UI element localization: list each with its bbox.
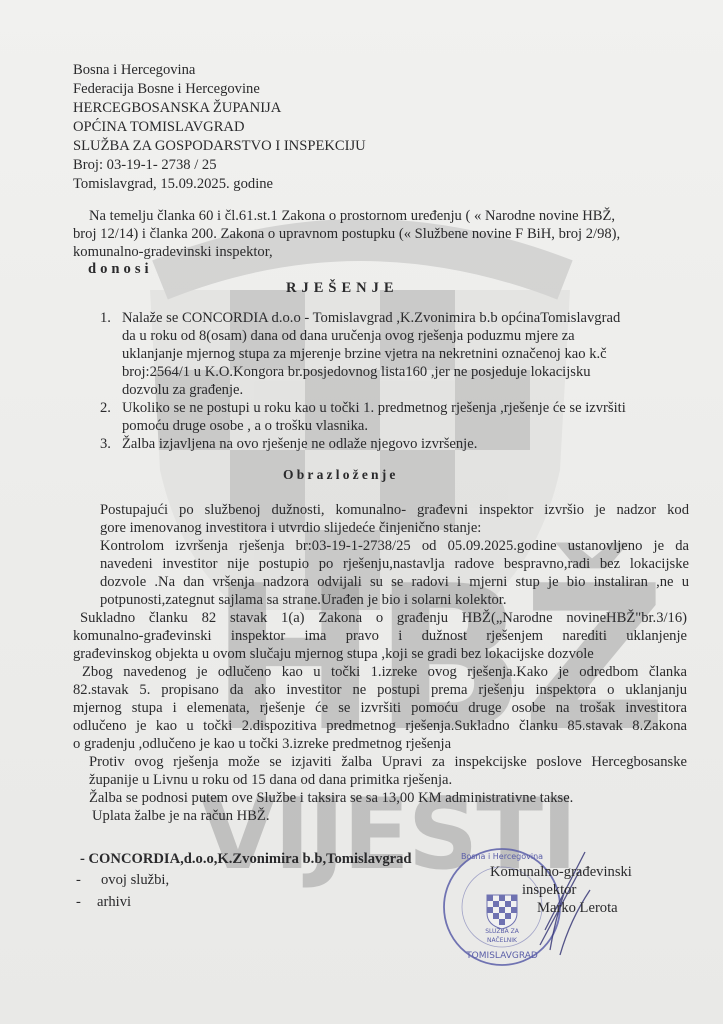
- item-2-line: Ukoliko se ne postupi u roku kao u točki…: [122, 399, 626, 417]
- place-date: Tomislavgrad, 15.09.2025. godine: [73, 175, 273, 193]
- item-1-line: da u roku od 8(osam) dana od dana uručen…: [122, 327, 575, 345]
- reasoning-line: navedeni investitor nije postupio po rje…: [100, 555, 689, 573]
- decision-verb: donosi: [88, 260, 153, 278]
- case-number: Broj: 03-19-1- 2738 / 25: [73, 156, 217, 174]
- item-1-line: dozvolu za građenje.: [122, 381, 243, 399]
- reasoning-line: Sukladno članku 82 stavak 1(a) Zakona o …: [80, 609, 687, 627]
- reasoning-line: županije u Livnu u roku od 15 dana od da…: [89, 771, 452, 789]
- reasoning-line: gore imenovanog investitora i utvrdio sl…: [100, 519, 481, 537]
- reasoning-line: Postupajući po službenoj dužnosti, komun…: [100, 501, 689, 519]
- item-2-line: pomoću druge osobe , a o trošku vlasnika…: [122, 417, 368, 435]
- item-number: 2.: [100, 399, 111, 417]
- decision-title: RJEŠENJE: [286, 279, 399, 297]
- reasoning-line: Protiv ovog rješenja može se izjaviti ža…: [89, 753, 687, 771]
- canton-line: HERCEGBOSANSKA ŽUPANIJA: [73, 99, 281, 117]
- signatory-title: Komunalno-građevinski: [490, 863, 632, 881]
- stamp-inner-text: SLUŽBA ZA: [485, 927, 519, 935]
- municipality-line: OPĆINA TOMISLAVGRAD: [73, 118, 245, 136]
- reasoning-line: Žalba se podnosi putem ove Službe i taks…: [89, 789, 573, 807]
- reasoning-line: Uplata žalbe je na račun HBŽ.: [92, 807, 269, 825]
- item-1-line: broj:2564/1 u K.O.Kongora br.posjedovnog…: [122, 363, 591, 381]
- distribution-item: arhivi: [97, 893, 131, 911]
- recipient-line: - CONCORDIA,d.o.o,K.Zvonimira b.b,Tomisl…: [80, 850, 412, 868]
- reasoning-line: građevinskog objekta u ovom slučaju mjer…: [73, 645, 594, 663]
- distribution-item: ovoj službi,: [101, 871, 169, 889]
- item-3-line: Žalba izjavljena na ovo rješenje ne odla…: [122, 435, 477, 453]
- preamble-line: Na temelju članka 60 i čl.61.st.1 Zakona…: [89, 207, 615, 225]
- country-line: Bosna i Hercegovina: [73, 61, 195, 79]
- preamble-line: broj 12/14) i članka 200. Zakona o uprav…: [73, 225, 620, 243]
- reasoning-line: mjernog stupa i elemenata, rješenje će s…: [73, 699, 687, 717]
- reasoning-title: Obrazloženje: [283, 466, 399, 484]
- reasoning-line: Kontrolom izvršenja rješenja br:03-19-1-…: [100, 537, 689, 555]
- reasoning-line: 82.stavak 5. propisano da ako investitor…: [73, 681, 687, 699]
- signatory-role: inspektor: [522, 881, 576, 899]
- item-number: 3.: [100, 435, 111, 453]
- reasoning-line: o gradenju ,odlučeno je kao u točki 3.iz…: [73, 735, 451, 753]
- stamp-inner-text: NAČELNIK: [487, 937, 518, 944]
- reasoning-line: odlučeno je kao u točki 2.dispozitiva pr…: [73, 717, 687, 735]
- bullet: -: [76, 871, 81, 889]
- reasoning-line: komunalno-građevinski inspektor ima prav…: [73, 627, 687, 645]
- item-number: 1.: [100, 309, 111, 327]
- entity-line: Federacija Bosne i Hercegovine: [73, 80, 260, 98]
- bullet: -: [76, 893, 81, 911]
- reasoning-line: Zbog navedenog je odlučeno kao u točki 1…: [82, 663, 687, 681]
- item-1-line: Nalaže se CONCORDIA d.o.o - Tomislavgrad…: [122, 309, 620, 327]
- item-1-line: uklanjanje mjernog stupa za mjerenje brz…: [122, 345, 607, 363]
- department-line: SLUŽBA ZA GOSPODARSTVO I INSPEKCIJU: [73, 137, 366, 155]
- preamble-line: komunalno-gradevinski inspektor,: [73, 243, 273, 261]
- signatory-name: Marko Lerota: [537, 899, 618, 917]
- reasoning-line: dozvole .Na dan vršenja nadzora odvijali…: [100, 573, 689, 591]
- reasoning-line: potpunosti,zategnut sajlama sa strane.Ur…: [100, 591, 507, 609]
